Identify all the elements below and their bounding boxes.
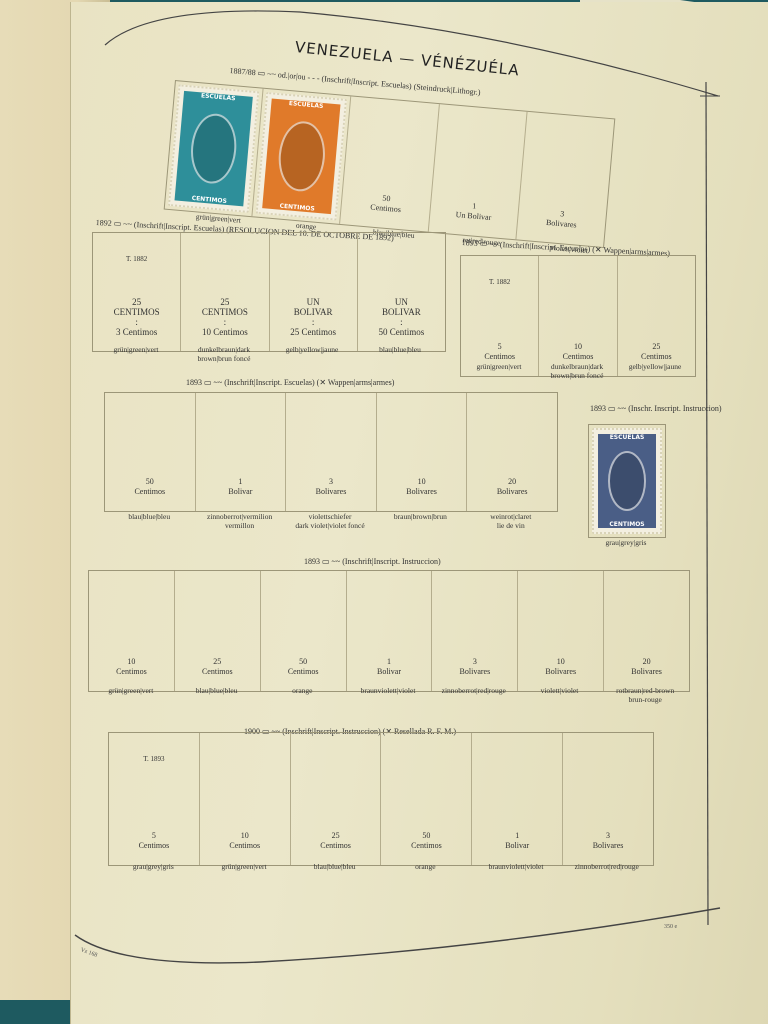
stamp-row-1893c: ESCUELASCENTIMOS <box>588 424 666 538</box>
stamp-space[interactable]: UN BOLIVAR : 25 Centimos <box>270 233 358 351</box>
color-labels: grün|green|vertdunkelbraun|dark brown|br… <box>460 362 694 380</box>
color-label: grün|green|vert <box>92 345 180 363</box>
color-label: orange <box>259 686 345 704</box>
color-label: violett|violet <box>517 686 603 704</box>
denomination: 3 Bolivares <box>517 205 606 233</box>
denomination: 25 Centimos <box>291 831 381 851</box>
denomination: 3 Bolivares <box>432 657 517 677</box>
type-note: T. 1893 <box>109 755 199 763</box>
color-labels: grau|grey|gris <box>588 538 664 547</box>
stamp-space[interactable]: 10 Centimos <box>539 256 617 376</box>
stamp-row-1893d: 10 Centimos25 Centimos50 Centimos1 Boliv… <box>88 570 690 692</box>
stamp-space[interactable]: ESCUELASCENTIMOS <box>165 81 264 216</box>
color-label: blau|blue|bleu <box>356 345 444 363</box>
mounted-stamp[interactable]: ESCUELASCENTIMOS <box>256 92 348 221</box>
section-heading: 1893 ▭ ~~ (Inschrift|Inscript. Escuelas)… <box>186 378 394 387</box>
color-label: braunviolett|violet <box>471 862 562 871</box>
type-note: T. 1882 <box>93 255 180 263</box>
denomination: 10 Centimos <box>89 657 174 677</box>
stamp-inscription: ESCUELAS <box>610 434 645 441</box>
color-label: violettschiefer dark violet|violet foncé <box>285 512 375 530</box>
denomination: 50 Centimos <box>105 477 195 497</box>
stamp-space[interactable]: T. 18935 Centimos <box>109 733 200 865</box>
stamp-image: ESCUELASCENTIMOS <box>598 434 656 528</box>
denomination: 1 Bolivar <box>347 657 432 677</box>
stamp-space[interactable]: 25 CENTIMOS : 10 Centimos <box>181 233 269 351</box>
denomination: 50 Centimos <box>381 831 471 851</box>
stamp-space[interactable]: T. 188225 CENTIMOS : 3 Centimos <box>93 233 181 351</box>
stamp-space[interactable]: 1 Un Bolivar <box>428 104 527 239</box>
denomination: 10 Centimos <box>539 342 616 362</box>
type-note: T. 1882 <box>461 278 538 286</box>
denomination: 50 Centimos <box>261 657 346 677</box>
denomination: 5 Centimos <box>109 831 199 851</box>
color-label: grün|green|vert <box>460 362 538 380</box>
stamp-denomination: CENTIMOS <box>191 195 227 205</box>
stamp-space[interactable]: 3 Bolivares <box>516 112 614 247</box>
color-label: dunkelbraun|dark brown|brun foncé <box>538 362 616 380</box>
denomination: 25 Centimos <box>618 342 695 362</box>
color-label: orange <box>380 862 471 871</box>
color-labels: grün|green|vertblau|blue|bleuorangebraun… <box>88 686 688 704</box>
stamp-inscription: ESCUELAS <box>289 100 324 110</box>
color-label: blau|blue|bleu <box>174 686 260 704</box>
stamp-space[interactable]: 3 Bolivares <box>286 393 377 511</box>
portrait-icon <box>276 119 327 193</box>
stamp-denomination: CENTIMOS <box>609 521 644 528</box>
stamp-inscription: ESCUELAS <box>201 92 236 102</box>
color-labels: blau|blue|bleuzinnoberrot|vermilion verm… <box>104 512 556 530</box>
stamp-row-1892: T. 188225 CENTIMOS : 3 Centimos25 CENTIM… <box>92 232 446 352</box>
denomination: 25 CENTIMOS : 3 Centimos <box>93 297 180 337</box>
denomination: 10 Centimos <box>200 831 290 851</box>
stamp-space[interactable]: 50 Centimos <box>105 393 196 511</box>
color-label: grau|grey|gris <box>108 862 199 871</box>
stamp-space[interactable]: 20 Bolivares <box>467 393 557 511</box>
color-label: gelb|yellow|jaune <box>616 362 694 380</box>
color-label: zinnoberrot|red|rouge <box>431 686 517 704</box>
denomination: 20 Bolivares <box>604 657 689 677</box>
denomination: 25 CENTIMOS : 10 Centimos <box>181 297 268 337</box>
color-label: rotbraun|red-brown brun-rouge <box>602 686 688 704</box>
stamp-row-1893a: T. 18825 Centimos10 Centimos25 Centimos <box>460 255 696 377</box>
stamp-space[interactable]: UN BOLIVAR : 50 Centimos <box>358 233 445 351</box>
stamp-row-1900: T. 18935 Centimos10 Centimos25 Centimos5… <box>108 732 654 866</box>
denomination: 1 Bolivar <box>196 477 286 497</box>
color-labels: grün|green|vertdunkelbraun|dark brown|br… <box>92 345 444 363</box>
stamp-space[interactable]: 25 Centimos <box>291 733 382 865</box>
section-heading: 1893 ▭ ~~ (Inschr. Inscript. Instruccion… <box>590 404 722 413</box>
color-label: gelb|yellow|jaune <box>268 345 356 363</box>
stamp-denomination: CENTIMOS <box>279 203 315 213</box>
denomination: 10 Bolivares <box>377 477 467 497</box>
mounted-stamp[interactable]: ESCUELASCENTIMOS <box>168 84 260 213</box>
stamp-space[interactable]: 50 Centimos <box>381 733 472 865</box>
denomination: 50 Centimos <box>342 190 431 218</box>
stamp-space[interactable]: 1 Bolivar <box>196 393 287 511</box>
stamp-space[interactable]: T. 18825 Centimos <box>461 256 539 376</box>
stamp-space[interactable]: 10 Centimos <box>89 571 175 691</box>
color-label: blau|blue|bleu <box>289 862 380 871</box>
stamp-space[interactable]: 10 Centimos <box>200 733 291 865</box>
stamp-space[interactable]: 10 Bolivares <box>377 393 468 511</box>
section-heading: 1893 ▭ ~~ (Inschrift|Inscript. Instrucci… <box>304 557 441 566</box>
stamp-row-1893b: 50 Centimos1 Bolivar3 Bolivares10 Boliva… <box>104 392 558 512</box>
stamp-space[interactable]: 25 Centimos <box>175 571 261 691</box>
denomination: 5 Centimos <box>461 342 538 362</box>
stamp-space[interactable]: 20 Bolivares <box>604 571 689 691</box>
denomination: 20 Bolivares <box>467 477 557 497</box>
denomination: 3 Bolivares <box>563 831 653 851</box>
color-label: zinnoberrot|red|rouge <box>561 862 652 871</box>
color-label: blau|blue|bleu <box>104 512 194 530</box>
stamp-space[interactable]: 3 Bolivares <box>563 733 653 865</box>
portrait-icon <box>188 112 239 186</box>
stamp-space[interactable]: 10 Bolivares <box>518 571 604 691</box>
color-label: braun|brown|brun <box>375 512 465 530</box>
color-label: braunviolett|violet <box>345 686 431 704</box>
mounted-stamp[interactable]: ESCUELASCENTIMOS <box>592 428 662 534</box>
color-label: weinrot|claret lie de vin <box>466 512 556 530</box>
denomination: 3 Bolivares <box>286 477 376 497</box>
color-label: grün|green|vert <box>88 686 174 704</box>
stamp-space[interactable]: ESCUELASCENTIMOS <box>253 89 352 224</box>
stamp-space[interactable]: ESCUELASCENTIMOS <box>589 425 665 537</box>
stamp-space[interactable]: 1 Bolivar <box>347 571 433 691</box>
color-labels: grau|grey|grisgrün|green|vertblau|blue|b… <box>108 862 652 871</box>
denomination: 25 Centimos <box>175 657 260 677</box>
portrait-icon <box>608 451 647 511</box>
color-label: grau|grey|gris <box>588 538 664 547</box>
denomination: UN BOLIVAR : 25 Centimos <box>270 297 357 337</box>
denomination: UN BOLIVAR : 50 Centimos <box>358 297 445 337</box>
denomination: 1 Bolivar <box>472 831 562 851</box>
stamp-space[interactable]: 1 Bolivar <box>472 733 563 865</box>
page-number: 350 e <box>664 924 677 930</box>
stamp-space[interactable]: 25 Centimos <box>618 256 695 376</box>
denomination: 10 Bolivares <box>518 657 603 677</box>
stamp-space[interactable]: 3 Bolivares <box>432 571 518 691</box>
color-label: grün|green|vert <box>199 862 290 871</box>
color-label: dunkelbraun|dark brown|brun foncé <box>180 345 268 363</box>
stamp-image: ESCUELASCENTIMOS <box>262 99 341 215</box>
stamp-image: ESCUELASCENTIMOS <box>175 91 254 207</box>
stamp-space[interactable]: 50 Centimos <box>340 96 439 231</box>
denomination: 1 Un Bolivar <box>430 198 519 226</box>
stamp-space[interactable]: 50 Centimos <box>261 571 347 691</box>
color-label: zinnoberrot|vermilion vermillon <box>194 512 284 530</box>
